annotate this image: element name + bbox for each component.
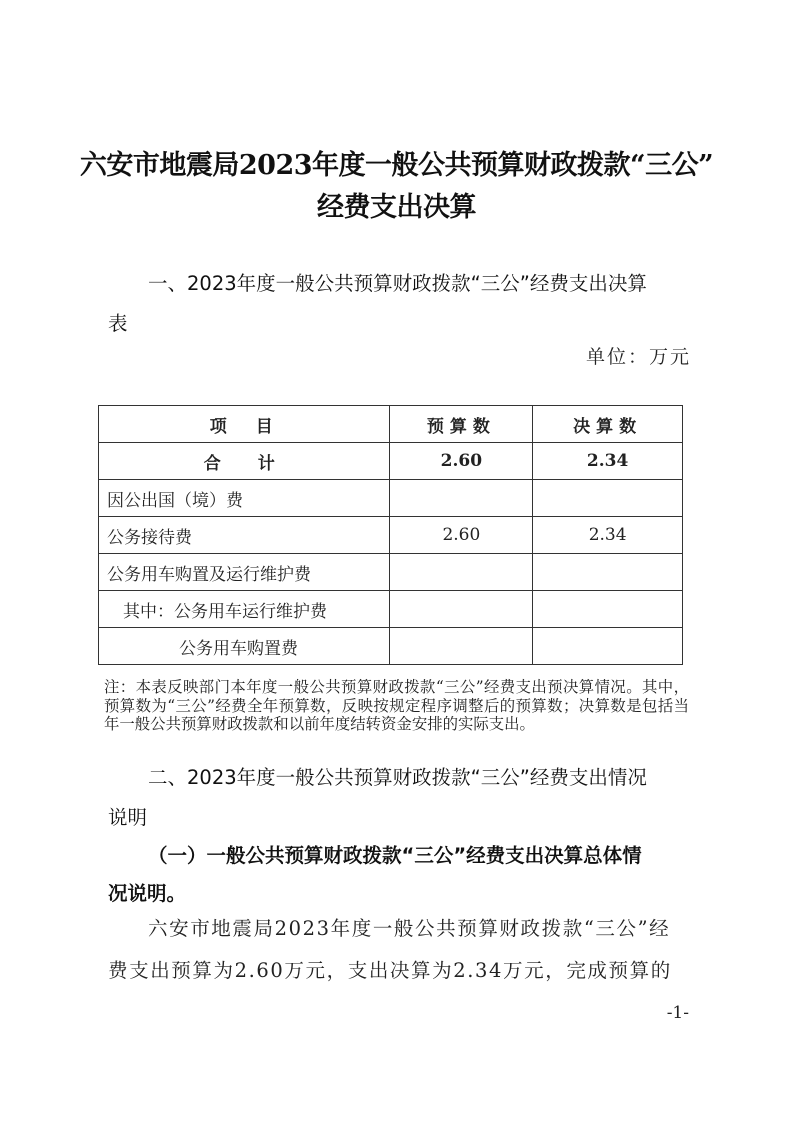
section2-heading-cont: 说明	[108, 800, 688, 836]
row-final: 2.34	[533, 443, 683, 480]
document-title-line1: 六安市地震局2023年度一般公共预算财政拨款“三公”	[0, 143, 793, 182]
table-row: 因公出国（境）费	[99, 480, 683, 517]
row-final	[533, 591, 683, 628]
row-item: 公务接待费	[99, 517, 390, 554]
subsection1-heading: （一）一般公共预算财政拨款“三公”经费支出决算总体情	[110, 838, 690, 874]
unit-label: 单位：万元	[586, 342, 691, 369]
row-budget: 2.60	[390, 443, 533, 480]
three-public-expenses-table: 项 目 预算数 决算数 合 计 2.60 2.34 因公出国（境）费 公务接待费…	[98, 405, 683, 665]
row-budget	[390, 591, 533, 628]
row-item: 合 计	[99, 443, 390, 480]
row-item: 公务用车购置及运行维护费	[99, 554, 390, 591]
row-budget	[390, 480, 533, 517]
table-row-total: 合 计 2.60 2.34	[99, 443, 683, 480]
section1-heading-cont: 表	[108, 306, 688, 342]
section2-heading: 二、2023年度一般公共预算财政拨款“三公”经费支出情况	[110, 760, 690, 796]
table-row: 其中：公务用车运行维护费	[99, 591, 683, 628]
row-item: 公务用车购置费	[99, 628, 390, 665]
table-row: 公务用车购置费	[99, 628, 683, 665]
row-budget: 2.60	[390, 517, 533, 554]
row-final	[533, 554, 683, 591]
header-final: 决算数	[533, 406, 683, 443]
row-final: 2.34	[533, 517, 683, 554]
paragraph-line1: 六安市地震局2023年度一般公共预算财政拨款“三公”经	[110, 908, 688, 950]
document-title-line2: 经费支出决算	[0, 185, 793, 224]
table-header-row: 项 目 预算数 决算数	[99, 406, 683, 443]
header-item: 项 目	[99, 406, 390, 443]
row-budget	[390, 554, 533, 591]
section1-heading-line1: 一、2023年度一般公共预算财政拨款“三公”经费支出决算	[148, 272, 647, 295]
subsection1-heading-cont: 况说明。	[108, 876, 688, 912]
row-item: 因公出国（境）费	[99, 480, 390, 517]
section1-heading: 一、2023年度一般公共预算财政拨款“三公”经费支出决算	[110, 266, 690, 302]
table-row: 公务用车购置及运行维护费	[99, 554, 683, 591]
table-note: 注：本表反映部门本年度一般公共预算财政拨款“三公”经费支出预决算情况。其中，预算…	[104, 678, 689, 734]
row-final	[533, 628, 683, 665]
header-budget: 预算数	[390, 406, 533, 443]
row-final	[533, 480, 683, 517]
row-item: 其中：公务用车运行维护费	[99, 591, 390, 628]
row-budget	[390, 628, 533, 665]
table-row: 公务接待费 2.60 2.34	[99, 517, 683, 554]
paragraph-line2: 费支出预算为2.60万元，支出决算为2.34万元，完成预算的	[108, 950, 686, 992]
page-number: -1-	[667, 1003, 689, 1023]
